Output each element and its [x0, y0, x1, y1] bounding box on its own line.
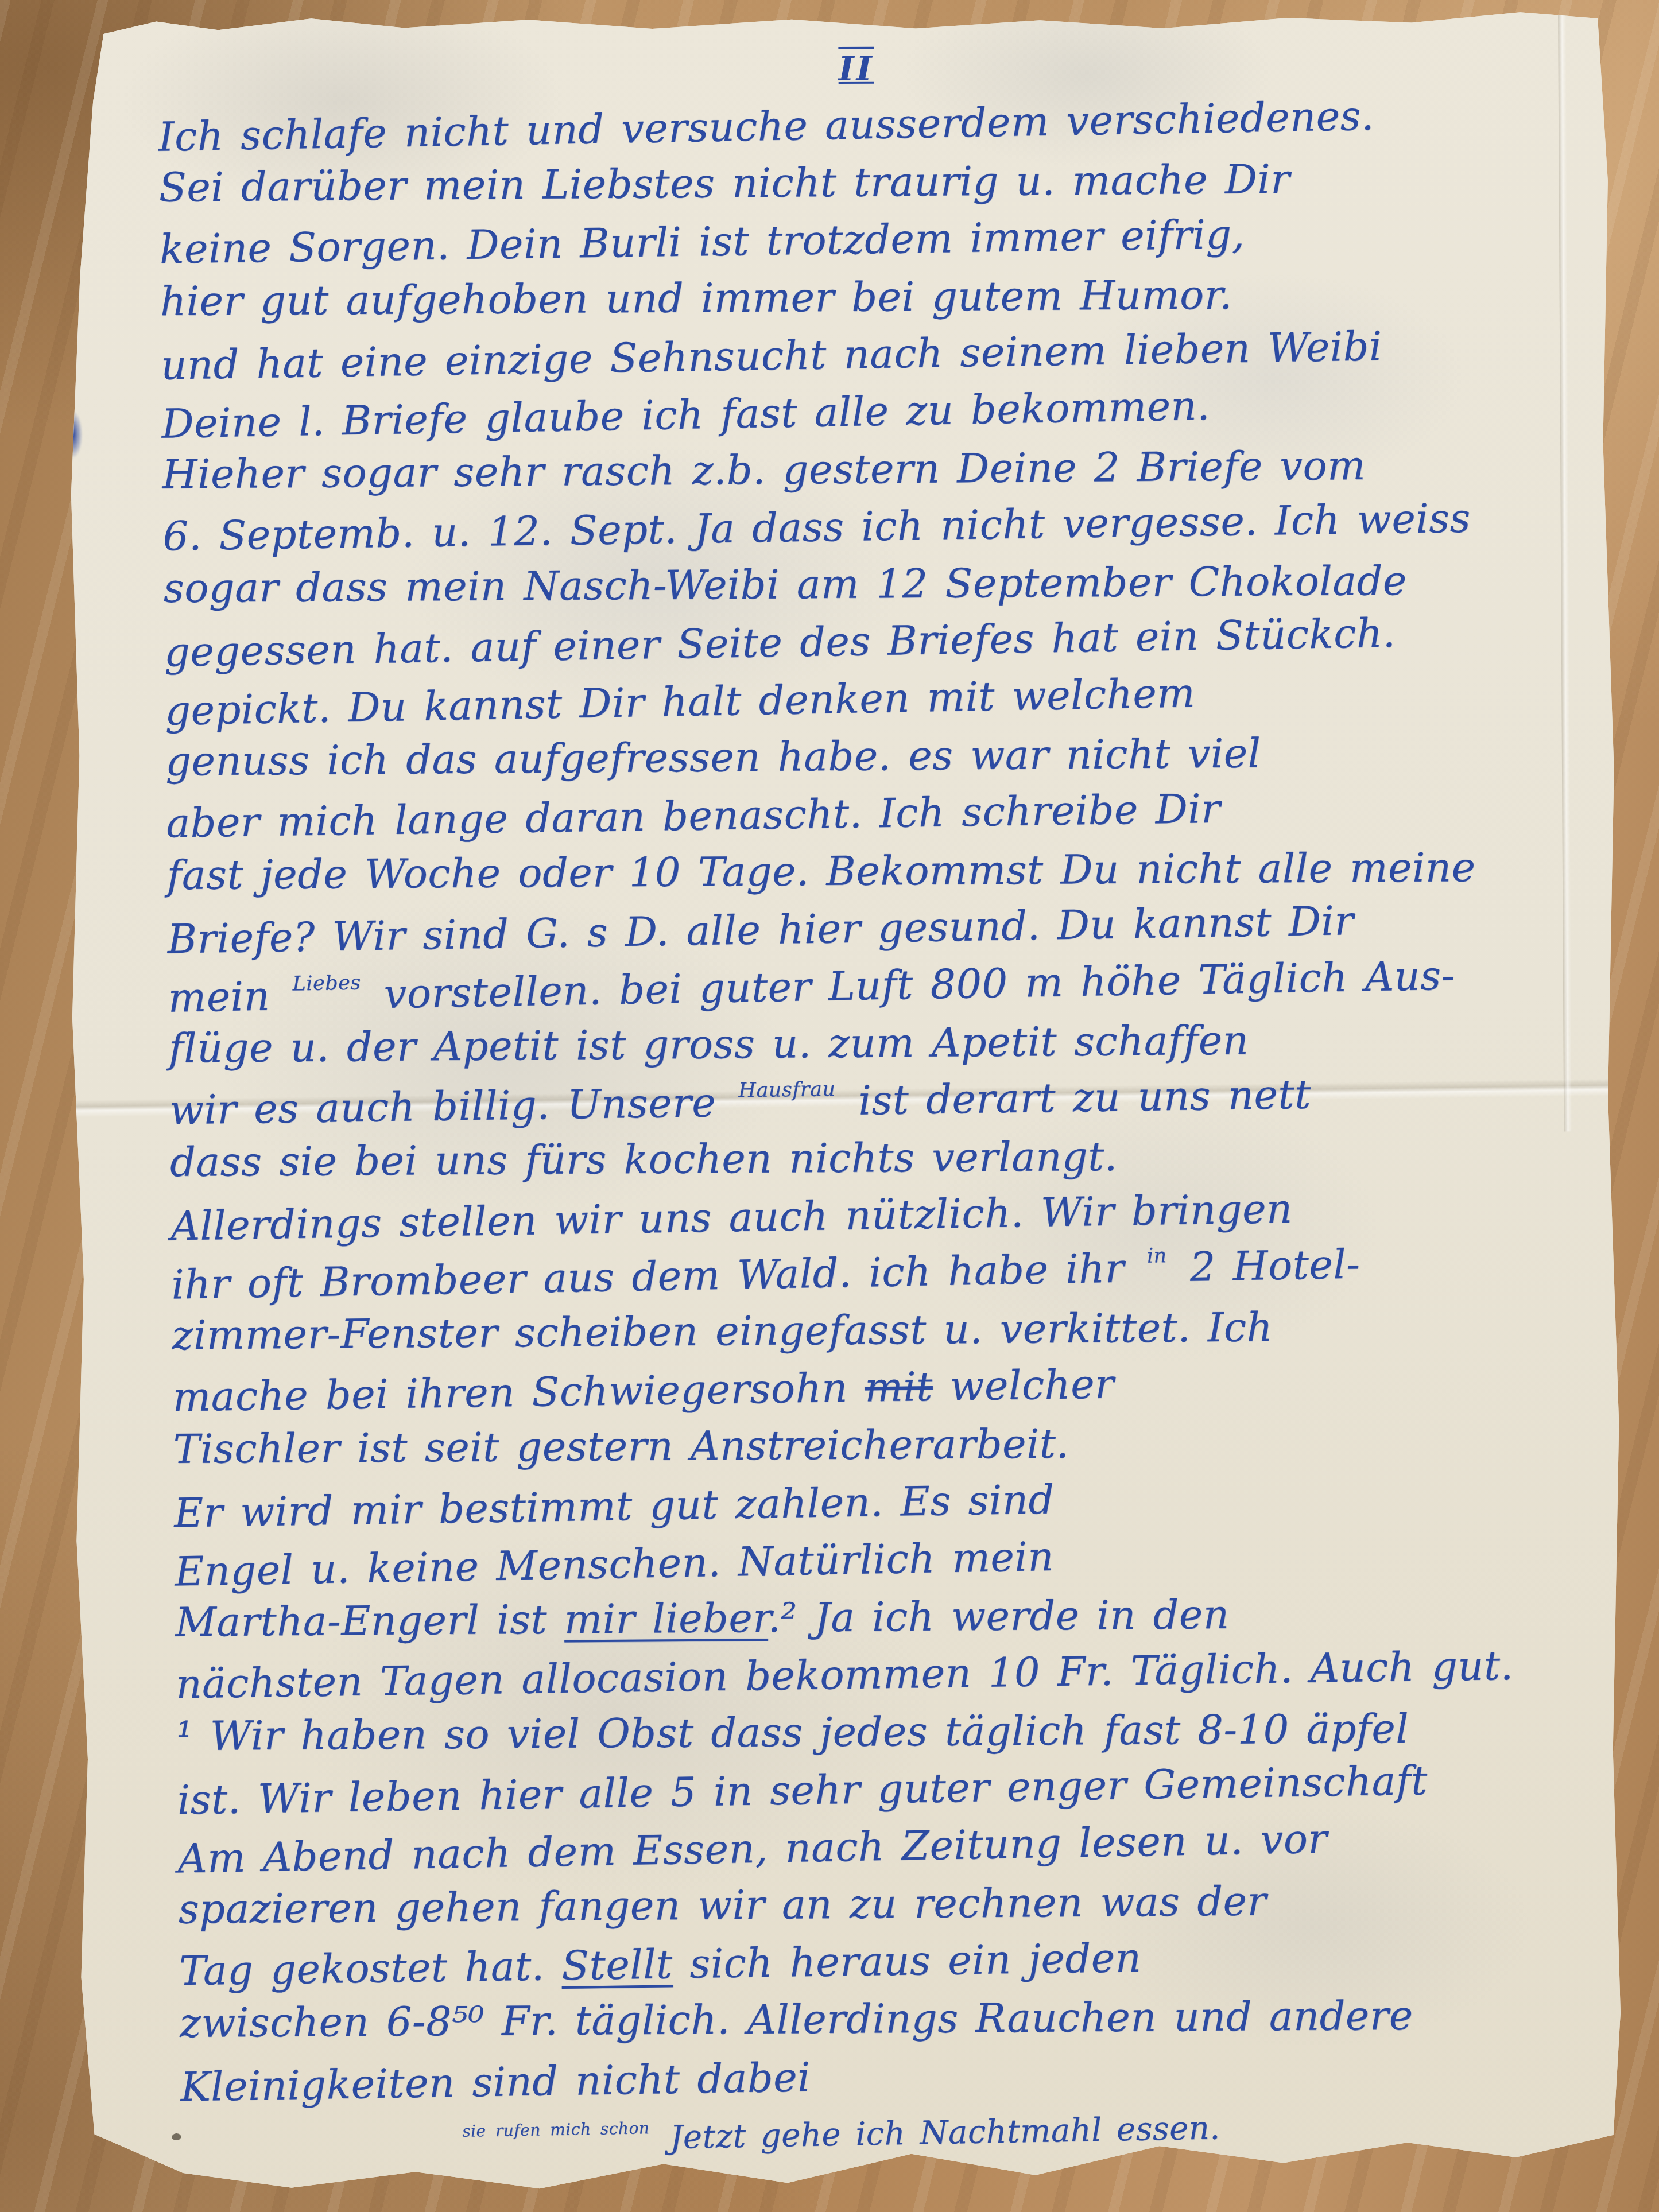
inserted-word: in: [1147, 1246, 1167, 1267]
inserted-word: sie rufen mich schon: [462, 2120, 650, 2140]
inserted-word: Liebes: [292, 973, 361, 995]
photo-scene: II Ich schlafe nicht und versuche ausser…: [0, 0, 1659, 2212]
letter-page: II Ich schlafe nicht und versuche ausser…: [63, 6, 1625, 2195]
inserted-word: Hausfrau: [738, 1080, 835, 1101]
underlined-word: Stellt: [561, 1941, 673, 1989]
underlined-word: mir lieber: [564, 1594, 768, 1643]
struck-word: mit: [865, 1363, 933, 1411]
letter-body: Ich schlafe nicht und versuche ausserdem…: [57, 2, 1631, 2200]
